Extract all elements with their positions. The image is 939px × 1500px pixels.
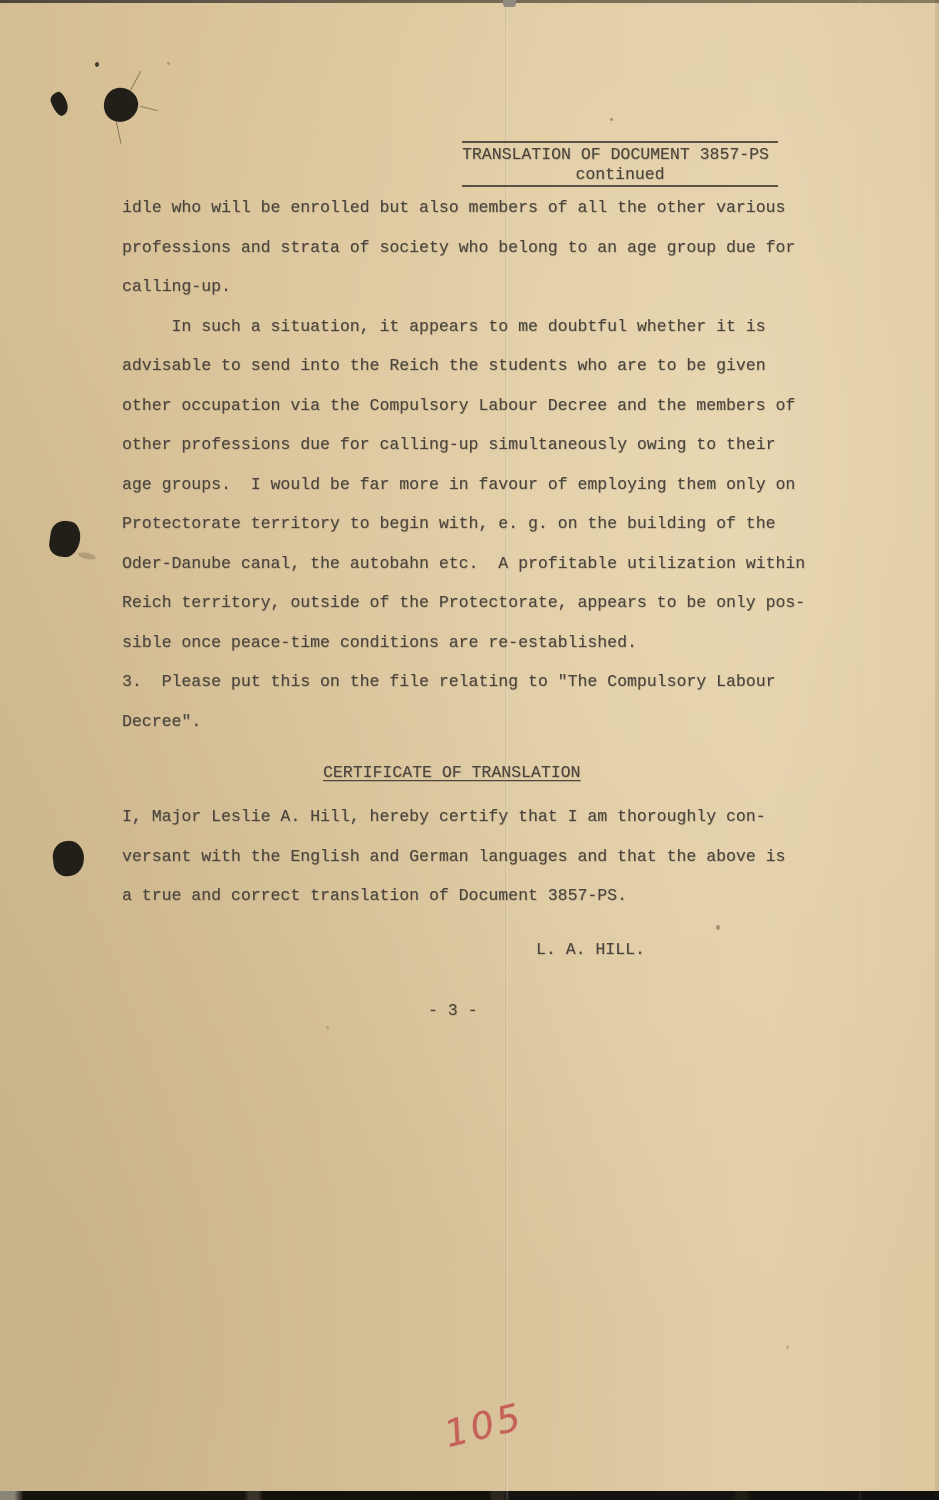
document-header: TRANSLATION OF DOCUMENT 3857-PS continue… bbox=[462, 141, 778, 187]
certificate-heading: CERTIFICATE OF TRANSLATION bbox=[323, 763, 580, 782]
body-line: professions and strata of society who be… bbox=[122, 228, 822, 268]
header-subtitle: continued bbox=[462, 165, 778, 185]
body-line: idle who will be enrolled but also membe… bbox=[122, 188, 822, 228]
paper-speck bbox=[167, 62, 170, 65]
body-line: other occupation via the Compulsory Labo… bbox=[122, 386, 822, 426]
translator-signature: L. A. HILL. bbox=[536, 940, 645, 959]
body-line: Oder-Danube canal, the autobahn etc. A p… bbox=[122, 544, 822, 584]
body-line: other professions due for calling-up sim… bbox=[122, 425, 822, 465]
body-line: sible once peace-time conditions are re-… bbox=[122, 623, 822, 663]
body-line: calling-up. bbox=[122, 267, 822, 307]
paper-speck bbox=[326, 1026, 329, 1029]
scanned-document-page: TRANSLATION OF DOCUMENT 3857-PS continue… bbox=[0, 0, 939, 1500]
scan-right-edge-shading bbox=[935, 0, 939, 1500]
certificate-line: versant with the English and German lang… bbox=[122, 837, 822, 877]
ink-smudge bbox=[78, 551, 97, 561]
body-line: advisable to send into the Reich the stu… bbox=[122, 346, 822, 386]
paper-crease-faint bbox=[858, 0, 862, 1500]
ink-blot-small bbox=[49, 90, 71, 117]
ink-dot bbox=[95, 62, 99, 67]
body-line: age groups. I would be far more in favou… bbox=[122, 465, 822, 505]
document-body: idle who will be enrolled but also membe… bbox=[122, 188, 822, 741]
paper-speck bbox=[786, 1345, 789, 1349]
certificate-body: I, Major Leslie A. Hill, hereby certify … bbox=[122, 797, 822, 916]
body-line: Protectorate territory to begin with, e.… bbox=[122, 504, 822, 544]
scan-top-edge bbox=[0, 0, 939, 3]
crease-top-notch bbox=[503, 0, 516, 7]
paper-crack bbox=[130, 71, 141, 91]
body-line: 3. Please put this on the file relating … bbox=[122, 662, 822, 702]
certificate-line: I, Major Leslie A. Hill, hereby certify … bbox=[122, 797, 822, 837]
paper-crack bbox=[116, 120, 122, 144]
certificate-line: a true and correct translation of Docume… bbox=[122, 876, 822, 916]
ink-blot-large bbox=[101, 85, 140, 124]
paper-speck bbox=[610, 118, 613, 121]
paper-speck bbox=[716, 925, 720, 930]
scan-bottom-edge bbox=[0, 1491, 939, 1500]
body-line: Reich territory, outside of the Protecto… bbox=[122, 583, 822, 623]
header-title: TRANSLATION OF DOCUMENT 3857-PS bbox=[462, 145, 778, 165]
ink-blot-lower bbox=[51, 839, 85, 877]
paper-crack bbox=[140, 106, 158, 111]
handwritten-annotation: 105 bbox=[440, 1395, 528, 1456]
body-line: Decree". bbox=[122, 702, 822, 742]
ink-blot-middle bbox=[48, 519, 83, 559]
body-line: In such a situation, it appears to me do… bbox=[122, 307, 822, 347]
page-number: - 3 - bbox=[428, 1001, 478, 1020]
